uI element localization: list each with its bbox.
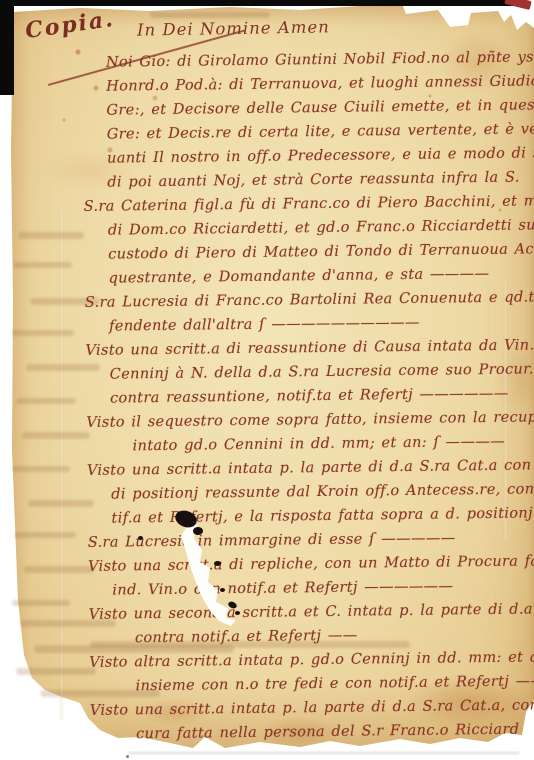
scanner-edge-left bbox=[0, 0, 14, 95]
bleed-through-smudge bbox=[12, 600, 70, 606]
ink-blot bbox=[193, 527, 203, 535]
bleed-through-smudge bbox=[14, 532, 76, 538]
ink-blot bbox=[214, 561, 221, 566]
under-sheet-shadow bbox=[128, 752, 520, 754]
manuscript-scan: Copia. In Dei Nomine Amen Noi Gio: di Gi… bbox=[0, 0, 534, 760]
bleed-through-smudge bbox=[150, 12, 270, 18]
bleed-through-smudge bbox=[28, 500, 94, 507]
invocation-heading: In Dei Nomine Amen bbox=[137, 17, 330, 39]
scanner-edge-top bbox=[0, 0, 521, 6]
paper-crease-left bbox=[60, 210, 63, 720]
bleed-through-smudge bbox=[16, 668, 96, 675]
bleed-through-smudge bbox=[18, 232, 84, 239]
bleed-through-smudge bbox=[12, 330, 74, 336]
background-speck bbox=[126, 755, 129, 758]
ink-blot bbox=[220, 588, 225, 592]
bleed-through-smudge bbox=[14, 262, 72, 268]
bleed-through-smudge bbox=[24, 566, 94, 573]
ink-blot bbox=[138, 536, 143, 540]
manuscript-line: cura fatta nella persona del S.r Franc.o… bbox=[136, 717, 534, 746]
ink-blot bbox=[235, 611, 240, 615]
bleed-through-smudge bbox=[22, 432, 90, 439]
bleed-through-smudge bbox=[16, 398, 76, 404]
manuscript-lines: Noi Gio: di Girolamo Giuntini Nobil Fiod… bbox=[82, 45, 534, 747]
bleed-through-smudge bbox=[12, 466, 70, 472]
